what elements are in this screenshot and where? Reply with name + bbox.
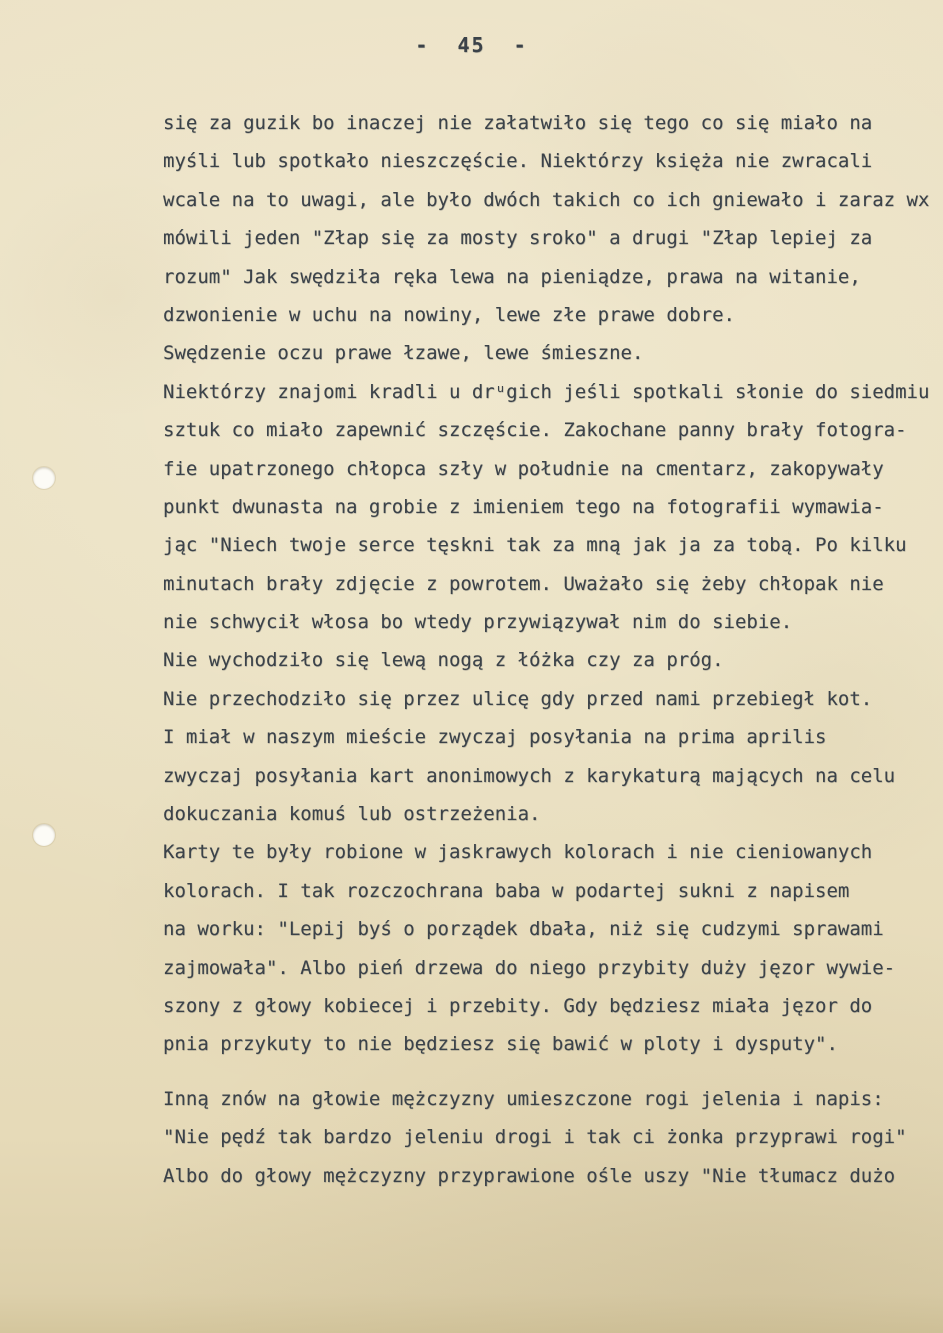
- text-line: wcale na to uwagi, ale było dwóch takich…: [163, 181, 938, 219]
- text-line: Albo do głowy mężczyzny przyprawione ośl…: [163, 1157, 938, 1195]
- text-line: Nie wychodziło się lewą nogą z łóżka czy…: [163, 641, 938, 679]
- text-line: Karty te były robione w jaskrawych kolor…: [163, 833, 938, 871]
- text-line: jąc "Niech twoje serce tęskni tak za mną…: [163, 526, 938, 564]
- document-page: - 45 - się za guzik bo inaczej nie załat…: [0, 0, 943, 1333]
- text-line: rozum" Jak swędziła ręka lewa na pieniąd…: [163, 258, 938, 296]
- hole-punch-bottom: [33, 824, 55, 846]
- typewritten-text-block: się za guzik bo inaczej nie załatwiło si…: [163, 104, 938, 1195]
- text-line: minutach brały zdjęcie z powrotem. Uważa…: [163, 565, 938, 603]
- text-line: mówili jeden "Złap się za mosty sroko" a…: [163, 219, 938, 257]
- paragraph-block-1: się za guzik bo inaczej nie załatwiło si…: [163, 104, 938, 1064]
- text-line: się za guzik bo inaczej nie załatwiło si…: [163, 104, 938, 142]
- page-number: - 45 -: [0, 33, 943, 57]
- text-line: zwyczaj posyłania kart anonimowych z kar…: [163, 757, 938, 795]
- text-line: na worku: "Lepij byś o porządek dbała, n…: [163, 910, 938, 948]
- text-line: Niektórzy znajomi kradli u drᵘgich jeśli…: [163, 373, 938, 411]
- text-line: I miał w naszym mieście zwyczaj posyłani…: [163, 718, 938, 756]
- text-line: Swędzenie oczu prawe łzawe, lewe śmieszn…: [163, 334, 938, 372]
- hole-punch-top: [33, 467, 55, 489]
- text-line: fie upatrzonego chłopca szły w południe …: [163, 450, 938, 488]
- text-line: "Nie pędź tak bardzo jeleniu drogi i tak…: [163, 1118, 938, 1156]
- paragraph-block-2: Inną znów na głowie mężczyzny umieszczon…: [163, 1080, 938, 1195]
- text-line: sztuk co miało zapewnić szczęście. Zakoc…: [163, 411, 938, 449]
- text-line: Nie przechodziło się przez ulicę gdy prz…: [163, 680, 938, 718]
- text-line: pnia przykuty to nie będziesz się bawić …: [163, 1025, 938, 1063]
- text-line: nie schwycił włosa bo wtedy przywiązywał…: [163, 603, 938, 641]
- text-line: dzwonienie w uchu na nowiny, lewe złe pr…: [163, 296, 938, 334]
- text-line: dokuczania komuś lub ostrzeżenia.: [163, 795, 938, 833]
- text-line: kolorach. I tak rozczochrana baba w poda…: [163, 872, 938, 910]
- text-line: punkt dwunasta na grobie z imieniem tego…: [163, 488, 938, 526]
- text-line: zajmowała". Albo pień drzewa do niego pr…: [163, 949, 938, 987]
- text-line: Inną znów na głowie mężczyzny umieszczon…: [163, 1080, 938, 1118]
- text-line: szony z głowy kobiecej i przebity. Gdy b…: [163, 987, 938, 1025]
- text-line: myśli lub spotkało nieszczęście. Niektór…: [163, 142, 938, 180]
